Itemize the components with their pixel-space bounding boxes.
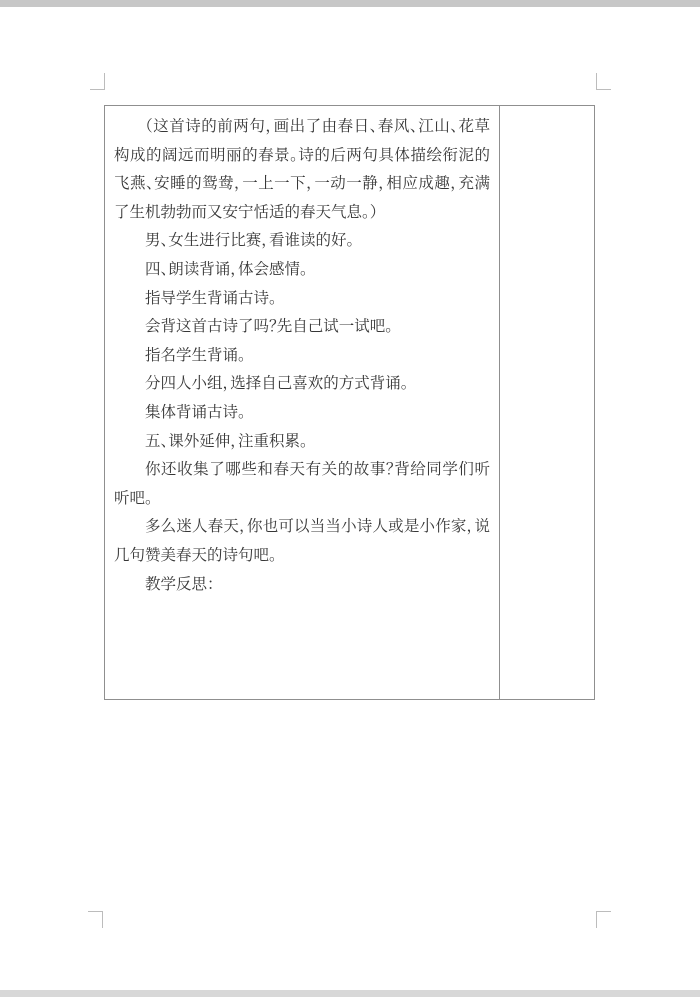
lesson-plan-paragraph: 指名学生背诵。 — [114, 342, 490, 371]
crop-mark-top-left-icon — [90, 73, 105, 90]
lesson-plan-paragraph: （这首诗的前两句，画出了由春日、春风、江山、花草构成的阔远而明丽的春景。诗的后两… — [114, 113, 490, 227]
page-bottom-edge-bar — [0, 990, 700, 997]
crop-mark-bottom-left-icon — [88, 911, 103, 928]
lesson-plan-paragraph: 分四人小组，选择自己喜欢的方式背诵。 — [114, 370, 490, 399]
lesson-plan-paragraph: 教学反思： — [114, 571, 490, 600]
document-page: （这首诗的前两句，画出了由春日、春风、江山、花草构成的阔远而明丽的春景。诗的后两… — [0, 0, 700, 997]
lesson-plan-paragraph: 会背这首古诗了吗？先自己试一试吧。 — [114, 313, 490, 342]
lesson-plan-paragraph: 五、课外延伸，注重积累。 — [114, 428, 490, 457]
lesson-plan-paragraph: 多么迷人春天，你也可以当当小诗人或是小作家，说几句赞美春天的诗句吧。 — [114, 513, 490, 570]
table-side-cell — [500, 106, 594, 699]
lesson-plan-table: （这首诗的前两句，画出了由春日、春风、江山、花草构成的阔远而明丽的春景。诗的后两… — [104, 105, 595, 700]
table-main-cell: （这首诗的前两句，画出了由春日、春风、江山、花草构成的阔远而明丽的春景。诗的后两… — [105, 106, 500, 699]
lesson-plan-paragraph: 集体背诵古诗。 — [114, 399, 490, 428]
lesson-plan-paragraph: 四、朗读背诵，体会感情。 — [114, 256, 490, 285]
crop-mark-top-right-icon — [596, 73, 611, 90]
lesson-plan-paragraph: 男、女生进行比赛，看谁读的好。 — [114, 227, 490, 256]
page-top-edge-bar — [0, 0, 700, 7]
lesson-plan-paragraph: 指导学生背诵古诗。 — [114, 285, 490, 314]
crop-mark-bottom-right-icon — [596, 911, 611, 928]
lesson-plan-paragraph: 你还收集了哪些和春天有关的故事？背给同学们听听吧。 — [114, 456, 490, 513]
